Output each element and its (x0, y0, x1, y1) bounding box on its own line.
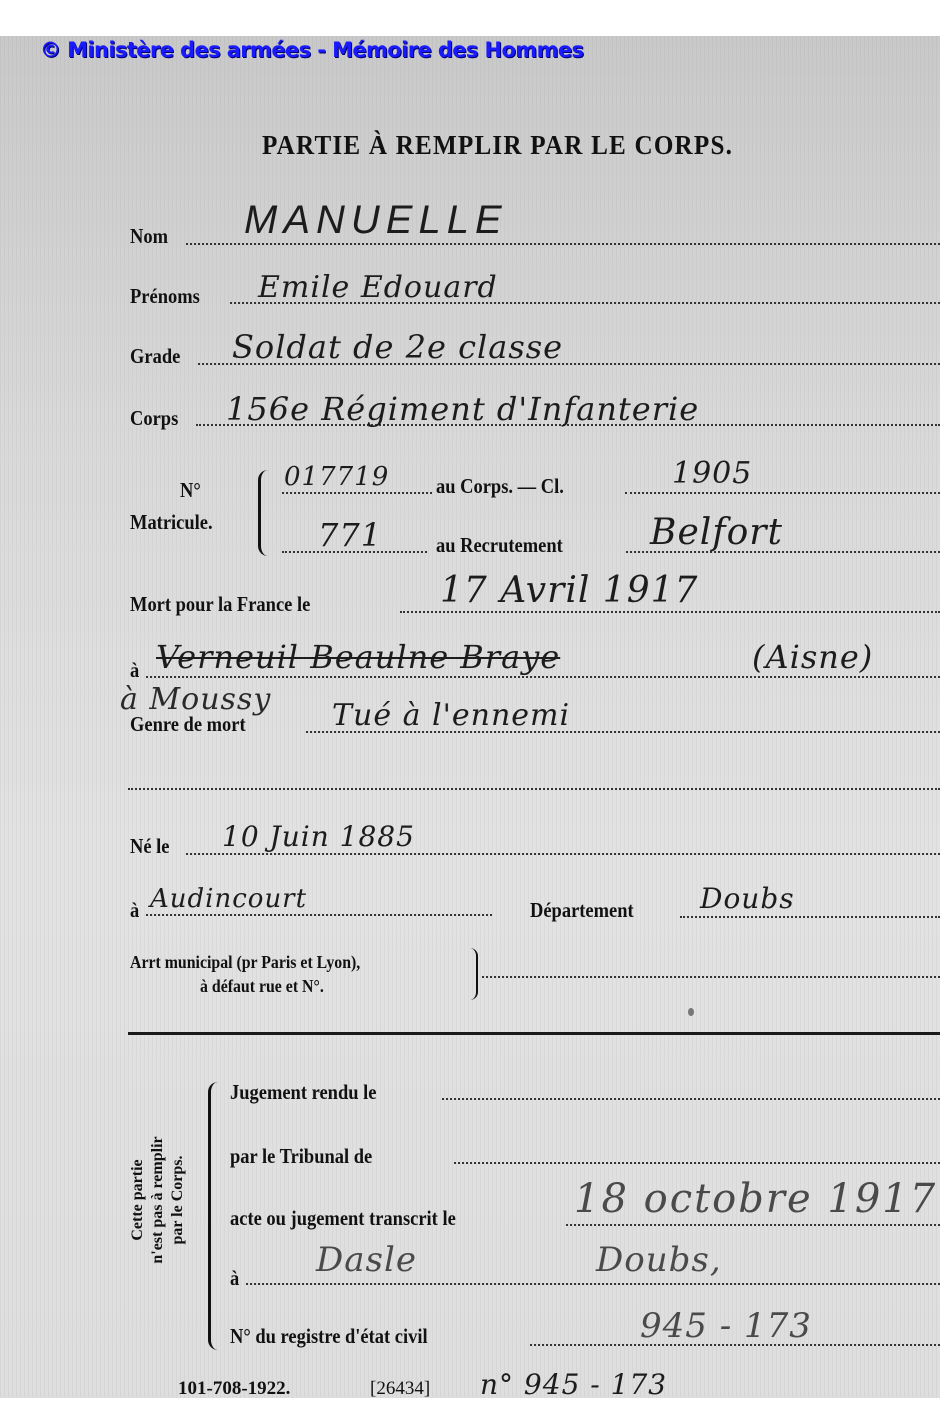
lieu-mort-struck-value: Verneuil Beaulne Braye (156, 638, 560, 676)
corps-number-line (282, 492, 432, 494)
matricule-brace (258, 470, 271, 556)
corps-class-label: au Corps. — Cl. (436, 474, 564, 499)
ink-speck (688, 1008, 694, 1016)
recrutement-value: Belfort (650, 512, 783, 553)
transcrit-label: acte ou jugement transcrit le (230, 1206, 456, 1231)
genre-mort-label: Genre de mort (130, 712, 246, 737)
page-title: PARTIE À REMPLIR PAR LE CORPS. (262, 130, 733, 161)
recrutement-label: au Recrutement (436, 533, 563, 558)
arrondissement-line (482, 976, 940, 978)
transcrit-value: 18 octobre 1917 (574, 1176, 937, 1222)
arrondissement-brace (470, 948, 478, 1000)
lieu-transcription-line (246, 1283, 940, 1285)
ne-a-label: à (130, 898, 139, 923)
print-code: [26434] (370, 1378, 430, 1400)
mort-label: Mort pour la France le (130, 592, 310, 617)
footer-handwritten-note: n° 945 - 173 (480, 1368, 667, 1401)
civil-section-side-note: Cette partie n'est pas à remplir par le … (128, 1100, 218, 1300)
jugement-line (442, 1098, 940, 1100)
ne-le-value: 10 Juin 1885 (222, 820, 415, 853)
lieu-transcription-dept: Doubs, (596, 1240, 722, 1280)
grade-label: Grade (130, 344, 180, 369)
grade-value: Soldat de 2e classe (232, 328, 563, 366)
registre-label: N° du registre d'état civil (230, 1324, 428, 1349)
registre-value: 945 - 173 (640, 1306, 812, 1346)
tribunal-label: par le Tribunal de (230, 1144, 372, 1169)
nom-line (186, 243, 940, 245)
departement-line (680, 916, 940, 918)
jugement-label: Jugement rendu le (230, 1080, 376, 1105)
recrutement-number-value: 771 (318, 516, 382, 554)
civil-section-brace (208, 1082, 221, 1350)
matricule-label-top: N° (180, 478, 201, 503)
transcrit-line (566, 1224, 940, 1226)
form-code: 101-708-1922. (178, 1378, 290, 1400)
lieu-transcription-label: à (230, 1266, 239, 1291)
prenoms-label: Prénoms (130, 284, 200, 309)
lieu-mort-dept: (Aisne) (752, 638, 873, 676)
ne-le-line (186, 853, 940, 855)
lieu-transcription-value: Dasle (316, 1240, 417, 1280)
side-note-line-2: n'est pas à remplir (148, 1100, 168, 1300)
ne-a-value: Audincourt (150, 884, 307, 914)
corps-number-value: 017719 (284, 462, 389, 492)
lieu-mort-line (146, 676, 940, 678)
side-note-line-1: Cette partie (128, 1100, 148, 1300)
arrondissement-label-line1: Arrt municipal (pr Paris et Lyon), (130, 952, 360, 973)
departement-value: Doubs (700, 882, 795, 915)
matricule-label-bottom: Matricule. (130, 510, 213, 535)
section-divider (128, 1032, 940, 1035)
ne-a-line (146, 914, 492, 916)
mort-line (400, 611, 940, 613)
genre-mort-value: Tué à l'ennemi (332, 698, 570, 733)
tribunal-line (454, 1162, 940, 1164)
copyright-watermark: © Ministère des armées - Mémoire des Hom… (40, 38, 583, 62)
prenoms-value: Emile Edouard (258, 270, 498, 305)
mort-value: 17 Avril 1917 (440, 570, 698, 611)
side-note-line-3: par le Corps. (168, 1100, 188, 1300)
corps-label: Corps (130, 406, 178, 431)
corps-value: 156e Régiment d'Infanterie (226, 390, 699, 428)
nom-value: MANUELLE (244, 198, 508, 243)
departement-label: Département (530, 898, 634, 923)
arrondissement-label-line2: à défaut rue et N°. (200, 976, 324, 997)
ne-le-label: Né le (130, 834, 170, 859)
class-line (625, 492, 940, 494)
blank-line (128, 788, 940, 790)
nom-label: Nom (130, 224, 168, 249)
class-value: 1905 (672, 456, 752, 491)
lieu-mort-label: à (130, 658, 139, 683)
